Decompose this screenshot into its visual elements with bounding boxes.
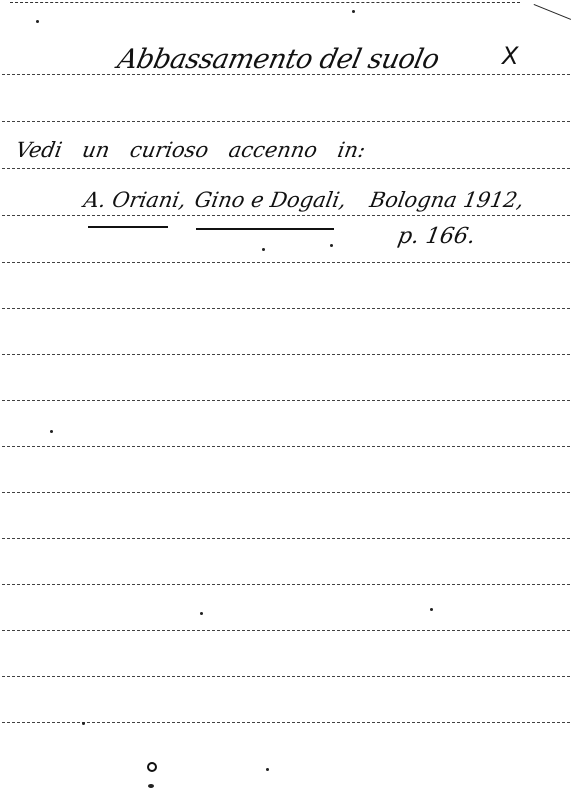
scan-speck <box>50 430 53 433</box>
ruled-line <box>2 121 570 122</box>
reference-author: A. Oriani, <box>82 188 188 212</box>
scan-speck <box>200 612 203 615</box>
ruled-line <box>2 584 570 585</box>
ruled-line <box>2 262 570 263</box>
ruled-line <box>2 446 570 447</box>
ruled-line <box>2 492 570 493</box>
scan-speck <box>262 248 265 251</box>
scan-speck <box>36 20 39 23</box>
index-card: Abbassamento del suolo X Vedi un curioso… <box>0 0 574 800</box>
corner-fold-mark <box>526 4 571 38</box>
card-title: Abbassamento del suolo <box>115 44 442 75</box>
ruled-line <box>2 630 570 631</box>
scan-ring-mark <box>147 762 157 772</box>
scan-speck <box>148 784 154 788</box>
ruled-line <box>2 676 570 677</box>
scan-speck <box>82 722 85 725</box>
intro-line: Vedi un curioso accenno in: <box>14 138 367 162</box>
scan-speck <box>352 10 355 13</box>
ruled-line <box>2 722 570 723</box>
author-double-underline <box>88 226 168 228</box>
scan-speck <box>330 244 333 247</box>
scan-speck <box>430 608 433 611</box>
top-border-rule <box>10 2 520 3</box>
ruled-line <box>2 308 570 309</box>
reference-page: p. 166. <box>396 224 477 249</box>
ruled-line <box>2 538 570 539</box>
ruled-line <box>2 168 570 169</box>
work-underline <box>196 228 334 230</box>
cross-mark: X <box>502 42 518 70</box>
ruled-line <box>2 400 570 401</box>
reference-place-year: Bologna 1912, <box>368 188 526 212</box>
reference-work: Gino e Dogali, <box>193 188 348 212</box>
scan-speck <box>266 768 269 771</box>
ruled-line <box>2 354 570 355</box>
ruled-line <box>2 215 570 216</box>
